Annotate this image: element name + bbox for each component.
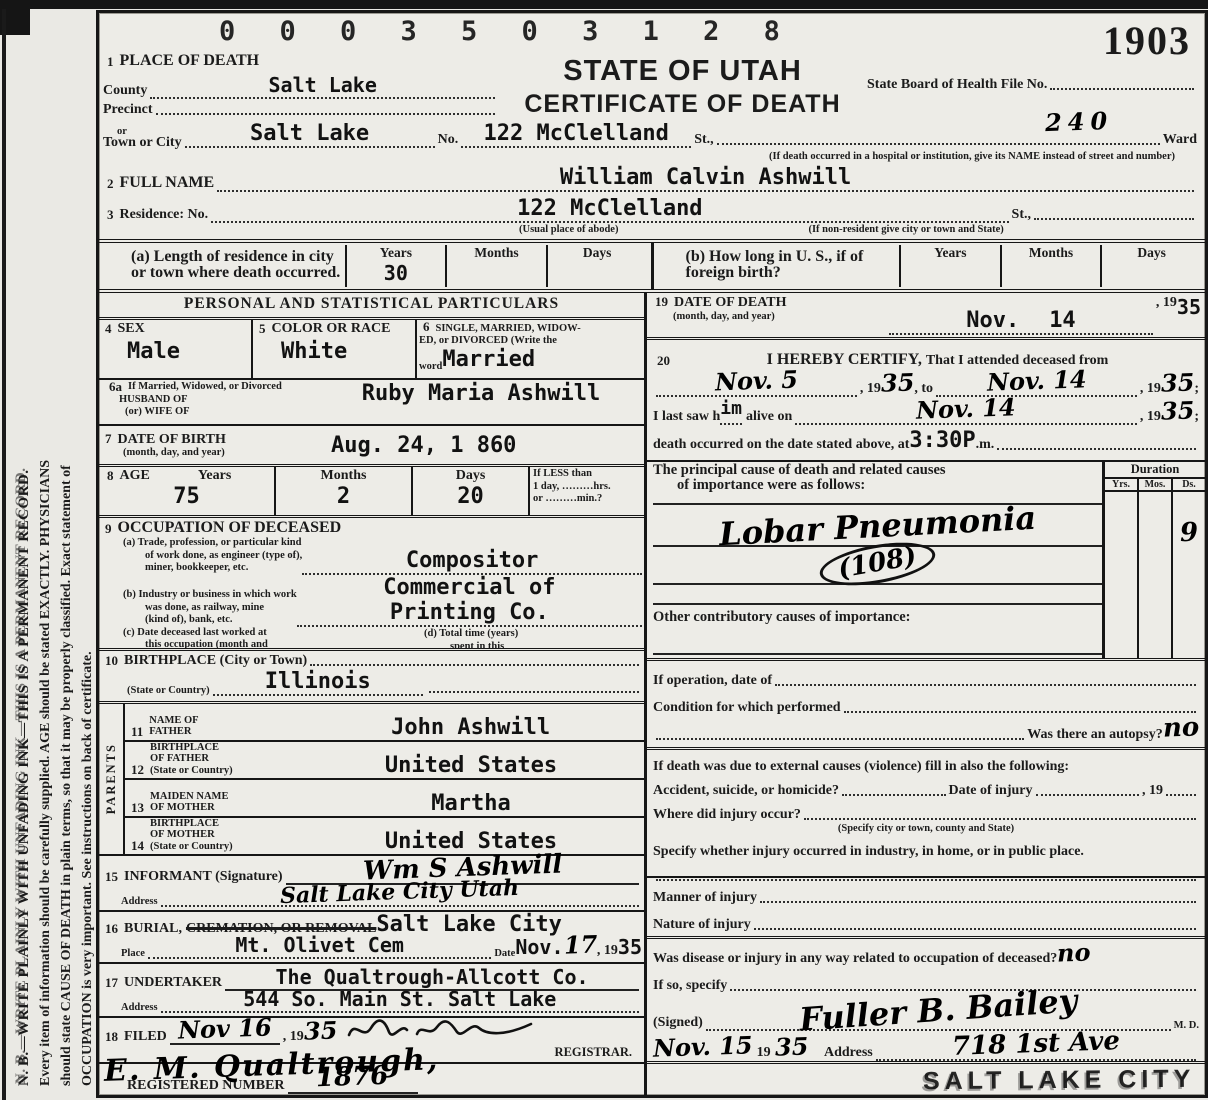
signed-address: 718 1st Ave <box>951 1026 1120 1062</box>
medical-certificate-column: 19DATE OF DEATH(month, day, and year) No… <box>647 293 1205 1095</box>
occ-b-label: (b) Industry or business in which work <box>123 589 297 602</box>
state-title: STATE OF UTAH <box>498 55 867 88</box>
mother-bp-label-2: OF MOTHER <box>150 829 300 841</box>
years-value <box>901 261 1000 287</box>
days-header: Days <box>548 245 647 261</box>
mother-name-value: Martha <box>431 791 510 816</box>
rule-line <box>653 631 1102 655</box>
days-value <box>548 261 647 287</box>
margin-instructions: N. B.—WRITE PLAINLY WITH UNFADING INK—TH… <box>14 40 98 1086</box>
item-number: 2 <box>107 176 114 192</box>
last-saw-label-2: alive on <box>746 409 792 425</box>
attended-from-year: 35 <box>880 367 914 397</box>
parents-side-label: PARENTS <box>104 743 119 814</box>
birthplace-sublabel: (State or Country) <box>101 685 210 696</box>
stamped-serial-number: 0 0 0 3 5 0 3 1 2 8 <box>219 16 794 47</box>
autopsy-answer: no <box>1162 712 1199 743</box>
personal-particulars-column: PERSONAL AND STATISTICAL PARTICULARS 4SE… <box>99 293 647 1095</box>
occ-b-label-3: (kind of), bank, etc. <box>123 614 297 627</box>
date-of-death-row: 19DATE OF DEATH(month, day, and year) No… <box>647 293 1205 340</box>
filed-year: 35 <box>303 1015 337 1045</box>
blank-line <box>310 660 639 666</box>
place-of-death-label: PLACE OF DEATH <box>120 52 260 70</box>
last-saw-year: 35 <box>1160 395 1194 425</box>
item-number: 13 <box>131 800 144 816</box>
birth-sublabel: (month, day, and year) <box>101 446 331 459</box>
contributory-label: Other contributory causes of importance: <box>653 605 1102 631</box>
father-bp-value: United States <box>385 753 557 778</box>
am-label: .m. <box>976 437 995 453</box>
undertaker-row: 17UNDERTAKERThe Qualtrough-Allcott Co. A… <box>99 964 644 1018</box>
year-19: , 19 <box>1156 295 1177 335</box>
item-number: 14 <box>131 838 144 854</box>
birth-value: Aug. 24, 1 860 <box>331 433 516 458</box>
marital-label-1: SINGLE, MARRIED, WIDOW- <box>436 323 581 334</box>
item-number: 6 <box>423 319 430 334</box>
age-less-2: 1 day, ………hrs. <box>533 481 641 494</box>
blank-line <box>754 924 1196 930</box>
occ-c-label-2: this occupation (month and <box>123 639 424 651</box>
scan-left-line <box>2 9 6 1100</box>
item-number: 19 <box>655 294 668 309</box>
duration-header: Duration <box>1105 462 1205 479</box>
age-years-value: 75 <box>99 484 274 509</box>
mother-label-2: OF MOTHER <box>150 802 300 814</box>
occ-b-value-1: Commercial of <box>297 575 642 600</box>
father-name-row: 11NAME OFFATHERJohn Ashwill <box>125 704 644 742</box>
death-year: 35 <box>1177 295 1201 335</box>
sex-race-marital-row: 4SEXMale 5COLOR OR RACEWhite 6SINGLE, MA… <box>99 320 644 380</box>
certificate-document: 0 0 0 3 5 0 3 1 2 8 1PLACE OF DEATH Coun… <box>96 10 1208 1098</box>
age-years-header: Years <box>198 468 231 484</box>
birthplace-label: BIRTHPLACE (City or Town) <box>124 653 307 669</box>
margin-line-1: N. B.—WRITE PLAINLY WITH UNFADING INK—TH… <box>14 40 35 1086</box>
date-of-death-sublabel: (month, day, and year) <box>651 310 886 324</box>
full-name-value: William Calvin Ashwill <box>560 165 851 190</box>
registrar-signature <box>345 1015 535 1043</box>
date-of-injury-label: Date of injury <box>949 783 1033 799</box>
blank-line <box>760 897 1196 903</box>
burial-date-month: Nov. <box>515 935 563 959</box>
item-number: 15 <box>105 869 118 885</box>
burial-date-year: 35 <box>618 935 642 959</box>
father-bp-label-3: (State or Country) <box>150 765 300 777</box>
months-header: Months <box>447 245 546 261</box>
street-no-label: No. <box>438 132 459 148</box>
father-bp-label-2: OF FATHER <box>150 753 300 765</box>
town-or-city-row: orTown or City Salt Lake No. 122 McClell… <box>99 121 1205 148</box>
county-label: County <box>103 83 147 99</box>
item-number: 18 <box>105 1029 118 1045</box>
last-saw-label-1: I last saw h <box>653 409 720 425</box>
race-label: COLOR OR RACE <box>272 321 391 337</box>
duration-yrs-header: Yrs. <box>1105 479 1139 490</box>
occ-a-label-3: miner, bookkeeper, etc. <box>123 562 302 575</box>
injury-block: Manner of injury Nature of injury <box>647 878 1205 939</box>
years-value: 30 <box>347 261 446 287</box>
item-number: 4 <box>105 321 112 337</box>
filed-date: Nov 16 <box>177 1012 272 1044</box>
margin-line-2: Every item of information should be care… <box>35 40 56 1086</box>
place-of-death-block: 1PLACE OF DEATH CountySalt Lake Precinct <box>103 49 498 119</box>
blank-line <box>1034 214 1194 220</box>
item-number: 10 <box>105 653 118 669</box>
duration-ds-header: Ds. <box>1173 479 1205 490</box>
cause-label-2: of importance were as follows: <box>653 478 1102 493</box>
blank-line <box>1050 84 1194 90</box>
residence-value: 122 McClelland <box>517 196 702 221</box>
salt-lake-city-stamp: SALT LAKE CITY <box>923 1065 1196 1096</box>
residence-length-a-label: (a) Length of residence in city or town … <box>103 245 345 287</box>
undertaker-value: The Qualtrough-Allcott Co. <box>275 965 588 989</box>
occ-c-label: (c) Date deceased last worked at <box>123 627 424 640</box>
occ-b-value-2: Printing Co. <box>297 600 642 627</box>
sex-value: Male <box>127 339 249 364</box>
undertaker-address-label: Address <box>101 1002 158 1013</box>
form-title-block: STATE OF UTAH CERTIFICATE OF DEATH <box>498 49 867 119</box>
blank-line <box>804 814 1196 820</box>
manner-of-injury-label: Manner of injury <box>653 890 757 906</box>
occ-d-label-2: spent in this <box>424 640 642 652</box>
birthplace-row: 10BIRTHPLACE (City or Town) (State or Co… <box>99 651 644 704</box>
age-less-3: or ………min.? <box>533 493 641 506</box>
stamp-number-row: 0 0 0 3 5 0 3 1 2 8 <box>99 13 1205 49</box>
nonresident-note: (If non-resident give city or town and S… <box>808 223 1003 239</box>
item-number: 3 <box>107 207 114 223</box>
months-header: Months <box>1002 245 1101 261</box>
residence-length-b-label: (b) How long in U. S., if of foreign bir… <box>658 245 900 287</box>
town-value: Salt Lake <box>250 121 369 146</box>
attended-from-date: Nov. 5 <box>715 365 799 397</box>
years-header: Years <box>347 245 446 261</box>
death-time: 3:30P <box>909 428 975 453</box>
item-number: 8 <box>107 468 114 484</box>
signed-date: Nov. 15 <box>653 1030 754 1062</box>
signed-label: (Signed) <box>653 1015 703 1031</box>
occupation-related-answer: no <box>1057 937 1091 967</box>
autopsy-label: Was there an autopsy? <box>1027 727 1162 743</box>
informant-address-label: Address <box>101 896 158 907</box>
accident-label: Accident, suicide, or homicide? <box>653 783 839 799</box>
residence-st-label: St., <box>1012 207 1031 223</box>
date-of-death-label: DATE OF DEATH <box>674 295 787 310</box>
file-number-printed: 1903 <box>1103 17 1191 64</box>
age-months-header: Months <box>276 468 411 484</box>
death-occurred-label: death occurred on the date stated above,… <box>653 437 909 453</box>
signed-address-label: Address <box>824 1045 873 1061</box>
street-no-value: 122 McClelland <box>483 121 668 146</box>
blank-line <box>656 734 1024 740</box>
birthplace-value: Illinois <box>265 669 371 694</box>
item-number: 5 <box>259 321 266 337</box>
occ-a-label: (a) Trade, profession, or particular kin… <box>123 537 302 550</box>
blank-line <box>997 444 1196 450</box>
signed-year: 35 <box>774 1031 808 1061</box>
death-day: 14 <box>1049 308 1076 333</box>
spouse-label-1: If Married, Widowed, or Divorced <box>128 381 282 394</box>
filed-label: FILED <box>124 1029 167 1045</box>
date-of-birth-row: 7DATE OF BIRTH(month, day, and year) Aug… <box>99 426 644 467</box>
certification-row: 20I HEREBY CERTIFY, That I attended dece… <box>647 340 1205 462</box>
father-birthplace-row: 12BIRTHPLACEOF FATHER(State or Country)U… <box>125 742 644 781</box>
external-intro: If death was due to external causes (vio… <box>653 759 1069 775</box>
occ-b-label-2: was done, as railway, mine <box>123 602 297 615</box>
father-label-1: NAME OF <box>149 715 299 727</box>
duration-table: Duration Yrs.Mos.Ds. 9 <box>1102 462 1205 658</box>
blank-line <box>429 687 639 693</box>
specify-where-label: Specify whether injury occurred in indus… <box>653 844 1084 860</box>
informant-address: Salt Lake City Utah <box>280 875 520 909</box>
blank-line <box>775 680 1196 686</box>
father-label-2: FATHER <box>149 726 299 738</box>
blank-line <box>844 707 1196 713</box>
header-section: 1PLACE OF DEATH CountySalt Lake Precinct… <box>99 49 1205 121</box>
semicolon: ; <box>1194 409 1199 425</box>
residence-row: 3 Residence: No. 122 McClelland St., <box>99 194 1205 223</box>
age-row: 8AGEYears75 Months2 Days20 If LESS than1… <box>99 467 644 518</box>
marital-label-2: ED, or DIVORCED (Write the <box>419 335 642 347</box>
duration-mos-value <box>1139 492 1173 658</box>
town-label: Town or City <box>103 137 182 148</box>
blank-line <box>156 109 496 115</box>
hospital-note: (If death occurred in a hospital or inst… <box>769 151 1175 162</box>
item-number: 17 <box>105 975 118 991</box>
operation-date-label: If operation, date of <box>653 673 772 689</box>
sex-label: SEX <box>118 321 145 337</box>
mother-bp-label-3: (State or Country) <box>150 841 300 853</box>
file-number-handwritten: 240 <box>1044 106 1113 137</box>
attended-to-year: 35 <box>1160 367 1194 397</box>
him-typed: im <box>720 398 742 419</box>
mother-bp-label-1: BIRTHPLACE <box>150 818 300 830</box>
item-number: 16 <box>105 921 118 937</box>
ward-label: Ward <box>1163 132 1197 148</box>
marital-value: Married <box>442 347 535 372</box>
occupation-related-block: Was disease or injury in any way related… <box>647 939 1205 997</box>
burial-place: Mt. Olivet Cem <box>235 933 404 957</box>
marital-label-3: word <box>419 361 442 372</box>
occupation-related-question: Was disease or injury in any way related… <box>653 951 1057 967</box>
abode-note: (Usual place of abode) <box>519 223 618 239</box>
item-number: 9 <box>105 521 112 537</box>
mother-name-row: 13MAIDEN NAMEOF MOTHERMartha <box>125 780 644 818</box>
full-name-label: FULL NAME <box>120 174 215 192</box>
years-header: Years <box>901 245 1000 261</box>
death-month: Nov. <box>966 308 1019 333</box>
undertaker-address: 544 So. Main St. Salt Lake <box>243 987 556 1011</box>
age-label: AGE <box>120 468 150 484</box>
nature-of-injury-label: Nature of injury <box>653 917 751 933</box>
blank-line <box>1166 790 1196 796</box>
birth-label: DATE OF BIRTH <box>118 432 226 447</box>
left-section-title: PERSONAL AND STATISTICAL PARTICULARS <box>99 293 644 320</box>
burial-row: 16BURIAL, CREMATION, OR REMOVALSalt Lake… <box>99 912 644 964</box>
father-bp-label-1: BIRTHPLACE <box>150 742 300 754</box>
st-label: St., <box>694 132 713 148</box>
physician-signature-block: (Signed)Fuller B. BaileyM. D. Nov. 15193… <box>647 997 1205 1064</box>
age-days-header: Days <box>413 468 528 484</box>
margin-line-3: should state CAUSE OF DEATH in plain ter… <box>56 40 77 1086</box>
burial-date-day: 17 <box>563 929 597 959</box>
file-number-label: State Board of Health File No. <box>867 77 1047 93</box>
semicolon: ; <box>1194 381 1199 397</box>
year-19: , 19 <box>1140 381 1161 397</box>
year-19-label: 19 <box>757 1045 771 1061</box>
parents-block: PARENTS 11NAME OFFATHERJohn Ashwill 12BI… <box>99 704 644 856</box>
year-19: , 19 <box>283 1029 304 1045</box>
blank-line <box>656 875 1196 881</box>
occupation-row: 9OCCUPATION OF DECEASED (a) Trade, profe… <box>99 518 644 651</box>
age-days-value: 20 <box>413 484 528 509</box>
burial-date-label: Date <box>494 948 515 959</box>
informant-row: 15INFORMANT (Signature)Wm S Ashwill Addr… <box>99 856 644 912</box>
duration-ds-value: 9 <box>1173 492 1205 658</box>
margin-line-4: OCCUPATION is very important. See instru… <box>77 40 98 1086</box>
residence-length-a: (a) Length of residence in city or town … <box>99 243 651 289</box>
blank-line <box>1036 790 1140 796</box>
age-months-value: 2 <box>276 484 411 509</box>
cause-label-1: The principal cause of death and related… <box>653 463 1102 478</box>
file-number-block: 1903 State Board of Health File No. 240 <box>867 49 1197 119</box>
item-number: 1 <box>107 54 114 70</box>
precinct-label: Precinct <box>103 102 153 118</box>
item-number: 12 <box>131 762 144 778</box>
blank-line <box>717 139 1160 145</box>
last-saw-date: Nov. 14 <box>916 392 1017 424</box>
age-less-1: If LESS than <box>533 468 641 481</box>
item-number: 7 <box>105 431 112 446</box>
full-name-row: 2 FULL NAME William Calvin Ashwill <box>99 163 1205 194</box>
mother-label-1: MAIDEN NAME <box>150 791 300 803</box>
spouse-row: 6aIf Married, Widowed, or Divorced HUSBA… <box>99 380 644 426</box>
year-19: , 19 <box>1142 783 1163 799</box>
county-value: Salt Lake <box>268 73 376 97</box>
certificate-title: CERTIFICATE OF DEATH <box>498 90 867 119</box>
cause-value-line: Lobar Pneumonia <box>653 505 1102 547</box>
days-value <box>1102 261 1201 287</box>
specify-city-note: (Specify city or town, county and State) <box>653 823 1199 836</box>
year-19: , 19 <box>1140 409 1161 425</box>
duration-yrs-value <box>1105 492 1139 658</box>
external-causes-block: If death was due to external causes (vio… <box>647 750 1205 878</box>
occ-a-label-2: of work done, as engineer (type of), <box>123 550 302 563</box>
item-number: 6a <box>109 381 122 394</box>
months-value <box>447 261 546 287</box>
cause-of-death-block: The principal cause of death and related… <box>647 462 1205 661</box>
year-19: , 19 <box>597 943 618 959</box>
residence-length-b: (b) How long in U. S., if of foreign bir… <box>651 243 1206 289</box>
spouse-label-2: HUSBAND OF <box>105 394 320 407</box>
blank-space <box>653 655 1102 675</box>
operation-condition-label: Condition for which performed <box>653 700 841 716</box>
days-header: Days <box>1102 245 1201 261</box>
death-certificate-scan: N. B.—WRITE PLAINLY WITH UNFADING INK—TH… <box>0 0 1208 1100</box>
item-number: 11 <box>131 724 143 740</box>
duration-mos-header: Mos. <box>1139 479 1173 490</box>
residence-label: Residence: No. <box>120 207 209 223</box>
burial-place-label: Place <box>101 948 145 959</box>
spouse-label-3: (or) WIFE OF <box>105 406 320 419</box>
occ-a-value: Compositor <box>406 548 538 573</box>
occupation-label: OCCUPATION OF DECEASED <box>118 519 342 537</box>
residence-length-row: (a) Length of residence in city or town … <box>99 239 1205 293</box>
race-value: White <box>281 339 413 364</box>
blank-line <box>842 790 946 796</box>
father-name-value: John Ashwill <box>391 715 550 740</box>
occ-d-label: (d) Total time (years) <box>424 627 642 640</box>
spouse-value: Ruby Maria Ashwill <box>320 381 642 423</box>
where-injury-label: Where did injury occur? <box>653 807 801 823</box>
mother-birthplace-row: 14BIRTHPLACEOF MOTHER(State or Country)U… <box>125 818 644 855</box>
months-value <box>1002 261 1101 287</box>
scan-edge-artifact <box>0 0 1208 9</box>
rule-line <box>653 585 1102 605</box>
